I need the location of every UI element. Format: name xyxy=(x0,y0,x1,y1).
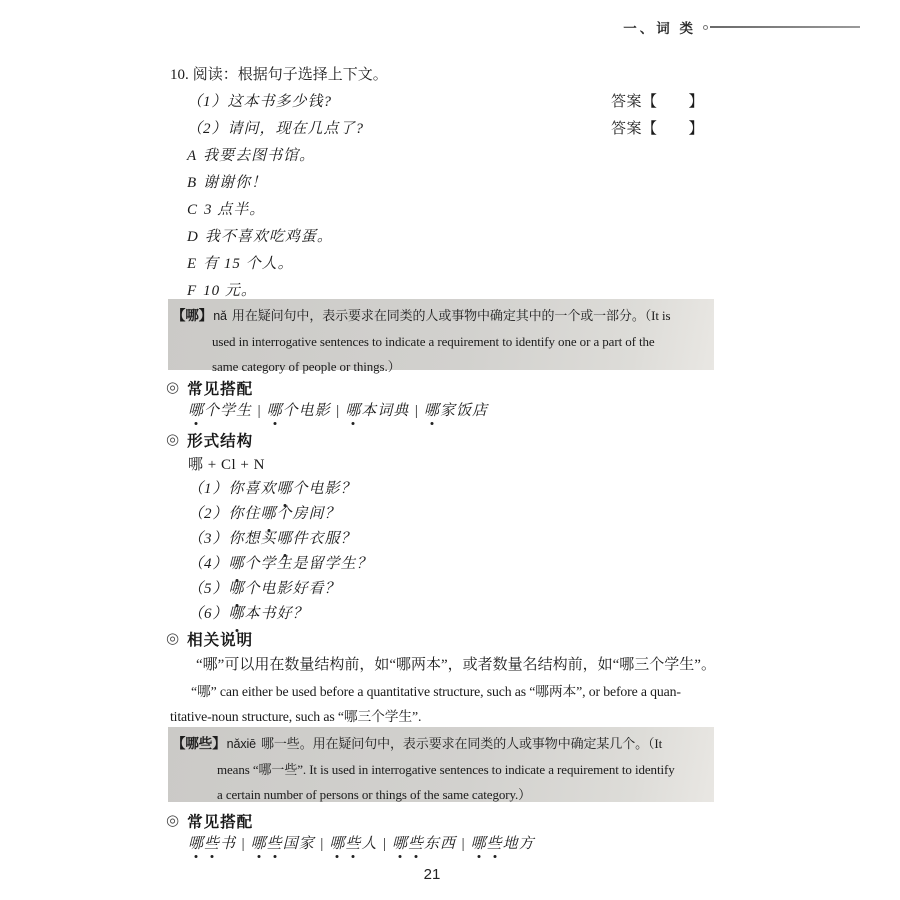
example-2: （2）你住哪个房间？ xyxy=(188,502,373,527)
example-sentences: （1）你喜欢哪个电影？ （2）你住哪个房间？ （3）你想买哪件衣服？ （4）哪个… xyxy=(188,477,373,627)
header-rule xyxy=(710,26,860,28)
section-bullet-icon: ◎ xyxy=(166,381,179,396)
section-title: 形式结构 xyxy=(187,429,253,451)
option-b: B谢谢你！ xyxy=(170,170,704,197)
definition-line: a certain number of persons or things of… xyxy=(168,782,714,807)
option-c: C3 点半。 xyxy=(170,197,704,224)
note-english-line-1: “哪” can either be used before a quantita… xyxy=(170,680,681,700)
option-e: E有 15 个人。 xyxy=(170,251,704,278)
definition-line: used in interrogative sentences to indic… xyxy=(168,329,714,354)
section-title: 常见搭配 xyxy=(187,810,253,832)
section-bullet-icon: ◎ xyxy=(166,433,179,448)
definition-box-na: 【哪】nǎ用在疑问句中，表示要求在同类的人或事物中确定其中的一个或一部分。（It… xyxy=(168,299,714,370)
definition-line: means “哪一些”. It is used in interrogative… xyxy=(168,757,714,782)
example-4: （4）哪个学生是留学生？ xyxy=(188,552,373,577)
page-number: 21 xyxy=(0,866,864,883)
question-row: （1）这本书多少钱? 答案【 】 xyxy=(170,89,704,116)
section-structure: ◎ 形式结构 xyxy=(166,429,253,451)
running-head: 一、词 类 xyxy=(623,17,860,37)
exercise-instruction-row: 10. 阅读：根据句子选择上下文。 xyxy=(170,62,704,89)
exercise-number: 10. xyxy=(170,62,189,89)
option-d: D我不喜欢吃鸡蛋。 xyxy=(170,224,704,251)
question-1: （1）这本书多少钱? xyxy=(170,89,332,116)
example-1: （1）你喜欢哪个电影？ xyxy=(188,477,373,502)
section-bullet-icon: ◎ xyxy=(166,814,179,829)
pinyin-na: nǎ xyxy=(213,309,227,323)
structure-pattern: 哪 + Cl + N xyxy=(188,453,265,474)
option-a: A我要去图书馆。 xyxy=(170,143,704,170)
example-3: （3）你想买哪件衣服？ xyxy=(188,527,373,552)
answer-blank-1: 答案【 】 xyxy=(611,89,704,116)
section-bullet-icon: ◎ xyxy=(166,632,179,647)
question-row: （2）请问，现在几点了? 答案【 】 xyxy=(170,116,704,143)
definition-text: 用在疑问句中，表示要求在同类的人或事物中确定其中的一个或一部分。（It is xyxy=(232,308,671,323)
definition-line: 【哪】nǎ用在疑问句中，表示要求在同类的人或事物中确定其中的一个或一部分。（It… xyxy=(168,303,714,329)
exercise-instruction: 阅读：根据句子选择上下文。 xyxy=(193,62,388,89)
answer-blank-2: 答案【 】 xyxy=(611,116,704,143)
section-common-collocations: ◎ 常见搭配 xyxy=(166,377,253,399)
exercise-block: 10. 阅读：根据句子选择上下文。 （1）这本书多少钱? 答案【 】 （2）请问… xyxy=(170,62,704,305)
section-title: 相关说明 xyxy=(187,628,253,650)
book-page: 一、词 类 10. 阅读：根据句子选择上下文。 （1）这本书多少钱? 答案【 】… xyxy=(0,0,900,900)
collocation-list-naxie: 哪些书 | 哪些国家 | 哪些人 | 哪些东西 | 哪些地方 xyxy=(188,832,535,853)
collocation-list-na: 哪个学生 | 哪个电影 | 哪本词典 | 哪家饭店 xyxy=(188,399,488,420)
note-english-line-2: titative-noun structure, such as “哪三个学生”… xyxy=(170,705,421,725)
chapter-title: 一、词 类 xyxy=(623,17,696,37)
header-ring-icon xyxy=(703,25,708,30)
pinyin-naxie: nǎxiē xyxy=(227,737,256,751)
section-related-notes: ◎ 相关说明 xyxy=(166,628,253,650)
example-6: （6）哪本书好？ xyxy=(188,602,373,627)
example-5: （5）哪个电影好看？ xyxy=(188,577,373,602)
headword-na: 【哪】 xyxy=(172,308,212,323)
section-common-collocations-naxie: ◎ 常见搭配 xyxy=(166,810,253,832)
definition-box-naxie: 【哪些】nǎxiē哪一些。用在疑问句中，表示要求在同类的人或事物中确定某几个。（… xyxy=(168,727,714,802)
headword-naxie: 【哪些】 xyxy=(172,736,226,751)
definition-line: 【哪些】nǎxiē哪一些。用在疑问句中，表示要求在同类的人或事物中确定某几个。（… xyxy=(168,731,714,757)
definition-line: same category of people or things.） xyxy=(168,354,714,379)
definition-text: 哪一些。用在疑问句中，表示要求在同类的人或事物中确定某几个。（It xyxy=(261,736,662,751)
note-chinese: “哪”可以用在数量结构前，如“哪两本”，或者数量名结构前，如“哪三个学生”。 xyxy=(170,653,716,674)
question-2: （2）请问，现在几点了? xyxy=(170,116,364,143)
section-title: 常见搭配 xyxy=(187,377,253,399)
